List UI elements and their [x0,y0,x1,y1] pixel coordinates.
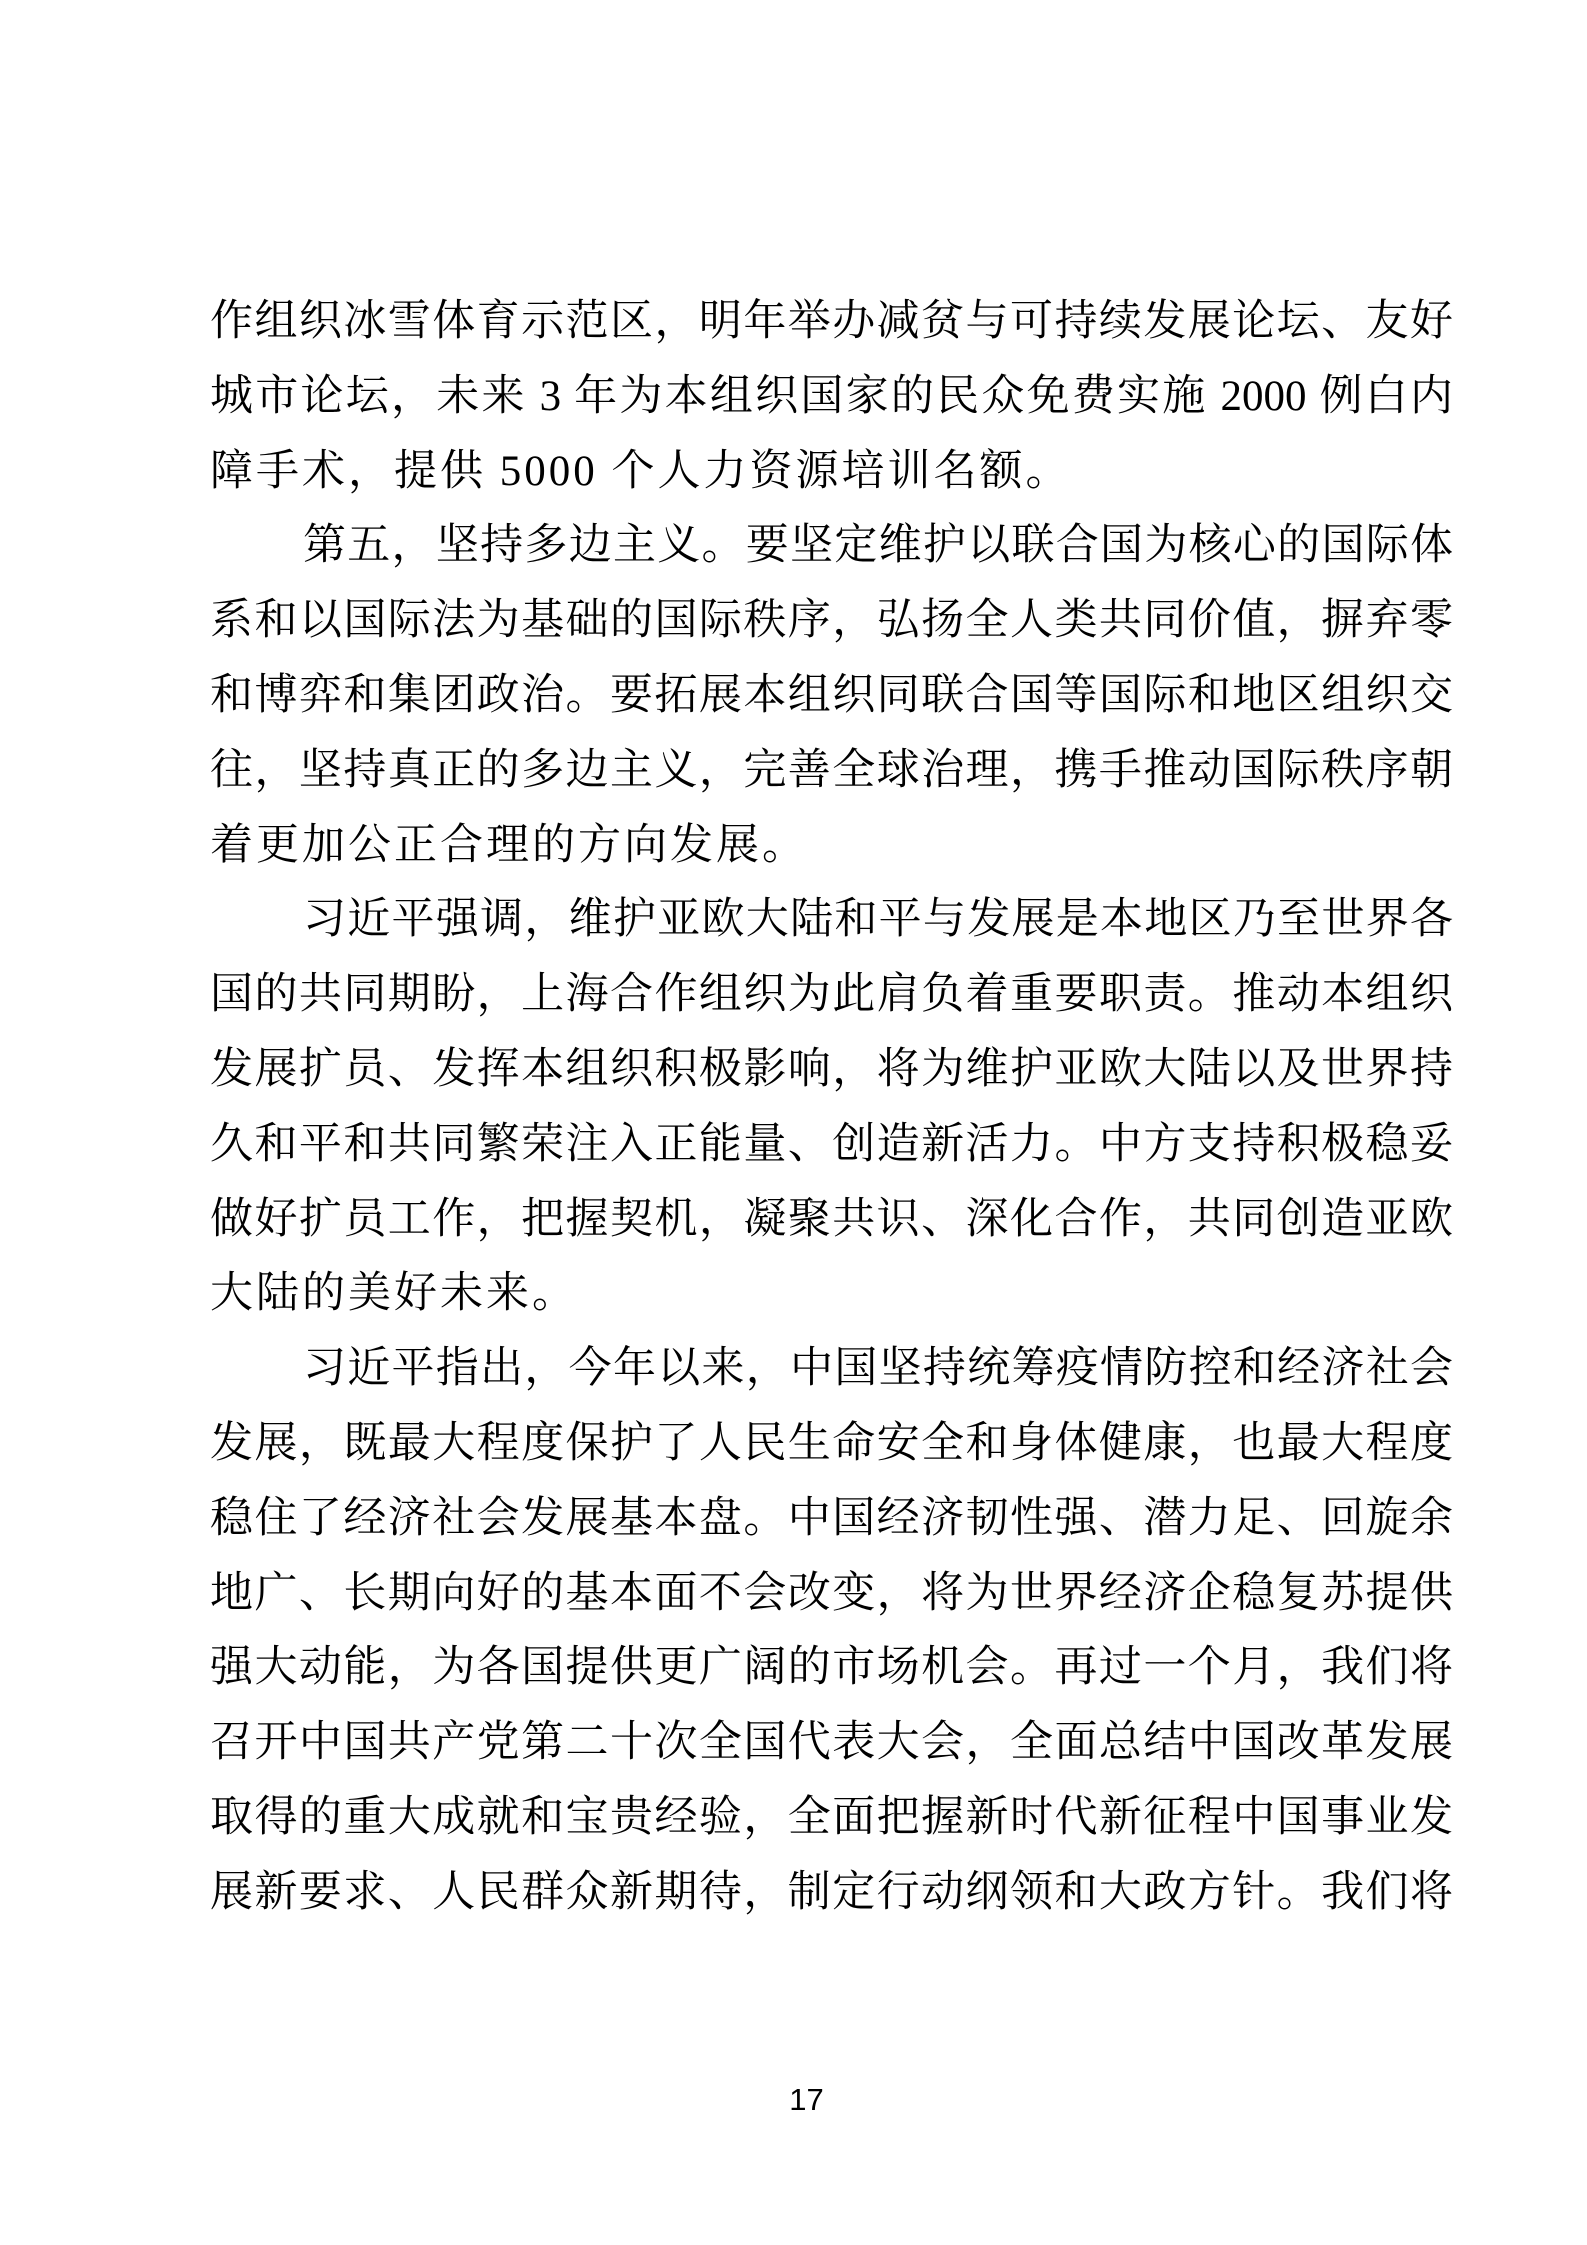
document-page: 作组织冰雪体育示范区，明年举办减贫与可持续发展论坛、友好 城市论坛，未来 3 年… [0,0,1587,2245]
text-line: 发展扩员、发挥本组织积极影响，将为维护亚欧大陆以及世界持 [210,1033,1453,1108]
text-line: 强大动能，为各国提供更广阔的市场机会。再过一个月，我们将 [210,1631,1453,1706]
text-line: 城市论坛，未来 3 年为本组织国家的民众免费实施 2000 例白内 [210,360,1453,435]
text-line: 习近平指出，今年以来，中国坚持统筹疫情防控和经济社会 [210,1332,1453,1407]
text-line: 召开中国共产党第二十次全国代表大会，全面总结中国改革发展 [210,1706,1453,1781]
text-block: 作组织冰雪体育示范区，明年举办减贫与可持续发展论坛、友好 城市论坛，未来 3 年… [210,285,1453,1931]
text-line: 习近平强调，维护亚欧大陆和平与发展是本地区乃至世界各 [210,883,1453,958]
text-line: 地广、长期向好的基本面不会改变，将为世界经济企稳复苏提供 [210,1557,1453,1632]
text-line: 大陆的美好未来。 [210,1257,1453,1332]
text-line: 久和平和共同繁荣注入正能量、创造新活力。中方支持积极稳妥 [210,1108,1453,1183]
page-number: 17 [789,2082,823,2118]
text-line: 国的共同期盼，上海合作组织为此肩负着重要职责。推动本组织 [210,958,1453,1033]
text-line: 着更加公正合理的方向发展。 [210,809,1453,884]
text-line: 发展，既最大程度保护了人民生命安全和身体健康，也最大程度 [210,1407,1453,1482]
text-line: 展新要求、人民群众新期待，制定行动纲领和大政方针。我们将 [210,1856,1453,1931]
text-line: 系和以国际法为基础的国际秩序，弘扬全人类共同价值，摒弃零 [210,584,1453,659]
text-line: 作组织冰雪体育示范区，明年举办减贫与可持续发展论坛、友好 [210,285,1453,360]
text-line: 和博弈和集团政治。要拓展本组织同联合国等国际和地区组织交 [210,659,1453,734]
text-line: 障手术，提供 5000 个人力资源培训名额。 [210,435,1453,510]
text-line: 第五，坚持多边主义。要坚定维护以联合国为核心的国际体 [210,509,1453,584]
text-line: 稳住了经济社会发展基本盘。中国经济韧性强、潜力足、回旋余 [210,1482,1453,1557]
page-footer: 17 [0,2082,1587,2118]
text-line: 做好扩员工作，把握契机，凝聚共识、深化合作，共同创造亚欧 [210,1183,1453,1258]
text-line: 往，坚持真正的多边主义，完善全球治理，携手推动国际秩序朝 [210,734,1453,809]
text-line: 取得的重大成就和宝贵经验，全面把握新时代新征程中国事业发 [210,1781,1453,1856]
